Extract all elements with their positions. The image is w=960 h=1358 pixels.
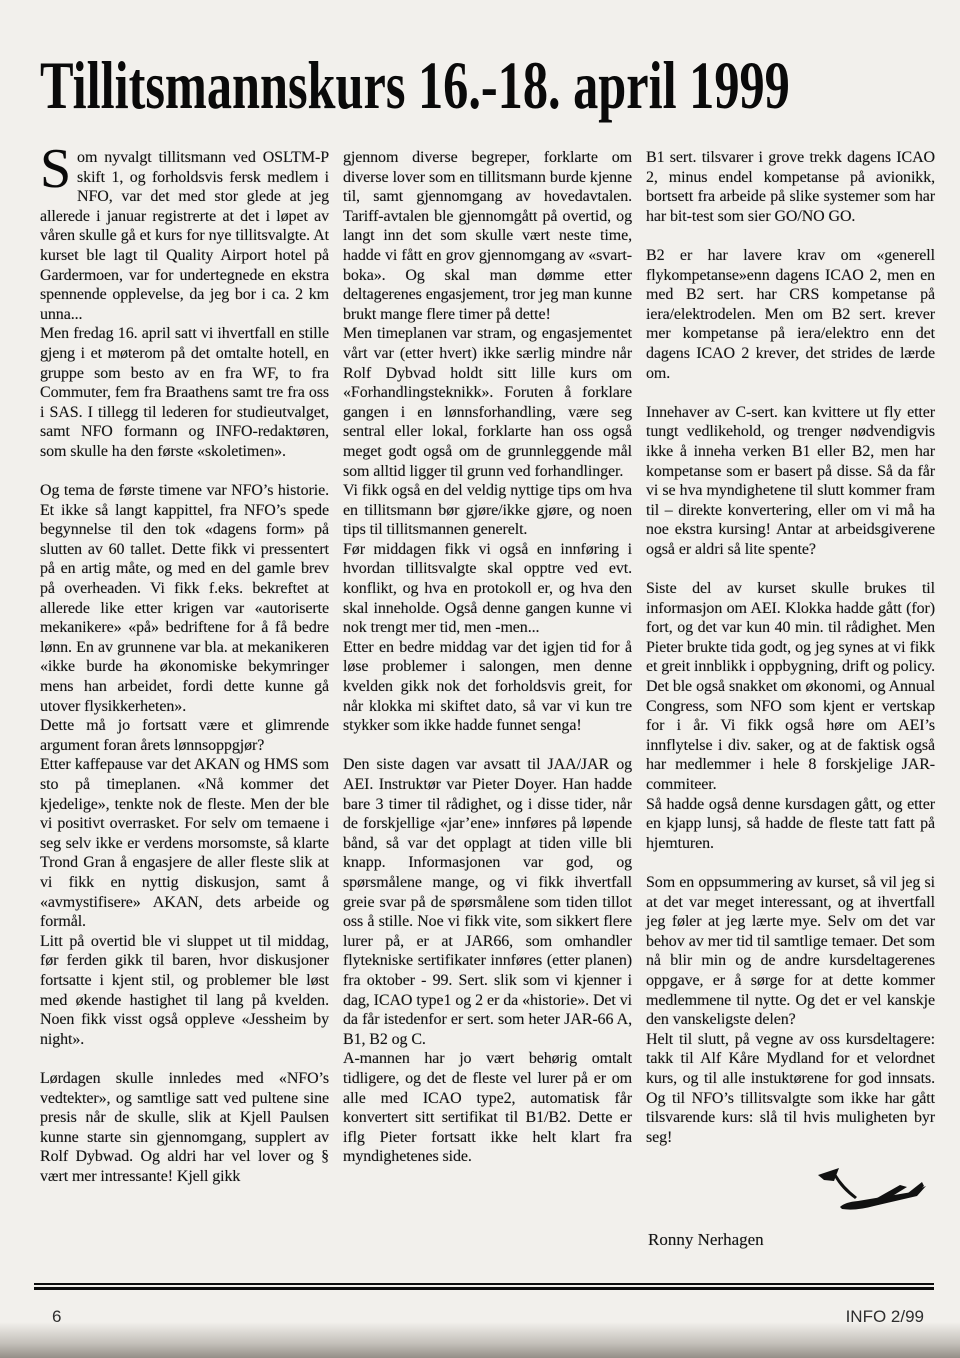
page-number: 6	[52, 1307, 61, 1327]
article-paragraph: Vi fikk også en del veldig nyttige tips …	[343, 481, 632, 540]
article-paragraph: B1 sert. tilsvarer i grove trekk dagens …	[646, 148, 935, 226]
article-paragraph: Og tema de første timene var NFO’s histo…	[40, 481, 329, 716]
article-paragraph: Så hadde også denne kursdagen gått, og e…	[646, 795, 935, 854]
signature-area: Ronny Nerhagen	[648, 1162, 936, 1250]
article-paragraph: Som en oppsummering av kurset, så vil je…	[646, 873, 935, 1030]
dropcap-letter: S	[40, 148, 77, 189]
page-title: Tillitsmannskurs 16.-18. april 1999	[40, 50, 721, 120]
article-paragraph: Som nyvalgt tillitsmann ved OSLTM-P skif…	[40, 148, 329, 324]
issue-label: INFO 2/99	[846, 1307, 924, 1327]
article-paragraph: Siste del av kurset skulle brukes til in…	[646, 579, 935, 795]
article-paragraph: A-mannen har jo vært behørig omtalt tidl…	[343, 1049, 632, 1167]
article-paragraph: Men timeplanen var stram, og engasjement…	[343, 324, 632, 481]
article-paragraph: Før middagen fikk vi også en innføring i…	[343, 540, 632, 638]
article-paragraph: Den siste dagen var avsatt til JAA/JAR o…	[343, 755, 632, 1049]
airplane-doodle-icon	[812, 1162, 932, 1218]
article-column: gjennom diverse begreper, forklarte om d…	[343, 148, 632, 1256]
article-paragraph: Etter en bedre middag var det igjen tid …	[343, 638, 632, 736]
article-column: Som nyvalgt tillitsmann ved OSLTM-P skif…	[40, 148, 329, 1256]
article-paragraph: B2 er har lavere krav om «generell flyko…	[646, 246, 935, 383]
article-paragraph: Helt til slutt, på vegne av oss kursdelt…	[646, 1030, 935, 1148]
article-paragraph: Men fredag 16. april satt vi ihvertfall …	[40, 324, 329, 461]
author-signature: Ronny Nerhagen	[648, 1230, 936, 1250]
article-columns: Som nyvalgt tillitsmann ved OSLTM-P skif…	[0, 148, 960, 1256]
article-paragraph: Dette må jo fortsatt være et glimrende a…	[40, 716, 329, 755]
scan-edge-shading	[0, 1322, 960, 1358]
article-paragraph: Litt på overtid ble vi sluppet ut til mi…	[40, 932, 329, 1050]
article-paragraph: gjennom diverse begreper, forklarte om d…	[343, 148, 632, 324]
article-paragraph: Lørdagen skulle innledes med «NFO’s vedt…	[40, 1069, 329, 1187]
footer-rule	[34, 1283, 934, 1290]
article-paragraph: Innehaver av C-sert. kan kvittere ut fly…	[646, 403, 935, 560]
page-footer: 6 INFO 2/99	[34, 1283, 934, 1327]
scanned-newsletter-page: Tillitsmannskurs 16.-18. april 1999 Som …	[0, 0, 960, 1358]
article-paragraph: Etter kaffepause var det AKAN og HMS som…	[40, 755, 329, 931]
article-column: B1 sert. tilsvarer i grove trekk dagens …	[646, 148, 935, 1256]
